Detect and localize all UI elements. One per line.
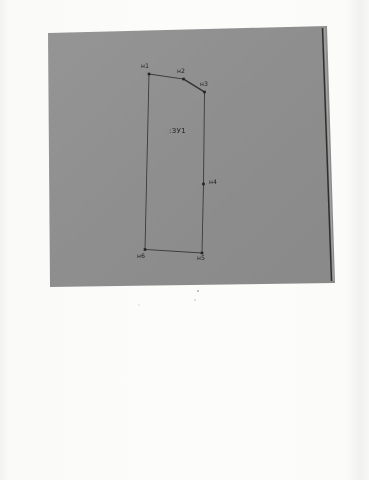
scan-speck xyxy=(138,304,139,305)
scanned-gray-area xyxy=(48,26,335,287)
vertex-point-n6 xyxy=(144,248,147,251)
vertex-label-n1: н1 xyxy=(141,64,149,70)
scanned-document-page: н1 н2 н3 н4 н5 н6 :ЗУ1 xyxy=(0,0,369,480)
vertex-point-n2 xyxy=(182,78,185,81)
vertex-label-n3: н3 xyxy=(200,82,208,88)
vertex-label-n4: н4 xyxy=(209,180,217,186)
vertex-point-n4 xyxy=(202,183,205,186)
parcel-label: :ЗУ1 xyxy=(169,128,186,135)
vertex-point-n1 xyxy=(148,73,151,76)
vertex-point-n3 xyxy=(203,91,206,94)
vertex-label-n2: н2 xyxy=(177,69,185,75)
vertex-point-n5 xyxy=(201,252,204,255)
vertex-label-n5: н5 xyxy=(197,256,205,262)
scan-speck xyxy=(194,299,196,301)
scan-speck xyxy=(197,290,199,292)
vertex-label-n6: н6 xyxy=(137,254,145,260)
